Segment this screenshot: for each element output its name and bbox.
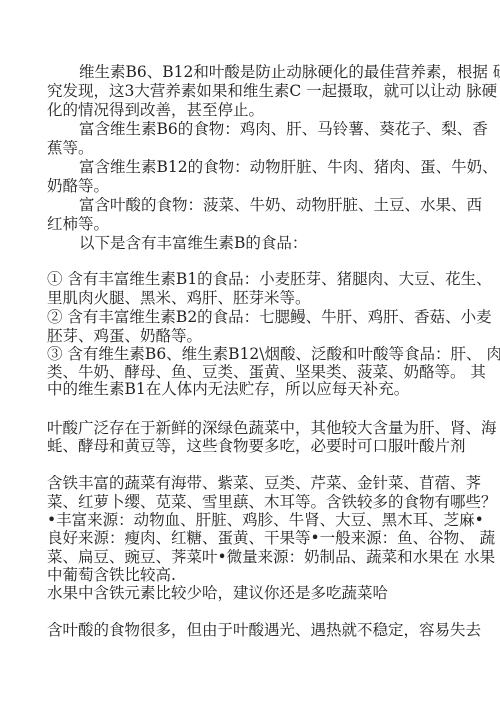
text-line: 良好来源：瘦肉、红糖、蛋黄、干果等•一般来源：鱼、谷物、 蔬 [47,529,461,548]
text-line: 含叶酸的食物很多，但由于叶酸遇光、遇热就不稳定，容易失去 [47,621,461,640]
text-line: 菜、红萝卜缨、苋菜、雪里蕻、木耳等。含铁较多的食物有哪些？ [47,493,461,512]
text-line: 中的维生素B1在人体内无法贮存，所以应每天补充。 [47,380,409,399]
text-line: 奶酪等。 [47,177,109,196]
text-line: 红柿等。 [47,215,109,234]
text-line: ③ 含有维生素B6、维生素B12\烟酸、泛酸和叶酸等食品：肝、 肉 [47,345,461,364]
text-line: 蚝、酵母和黄豆等，这些食物要多吃，必要时可口服叶酸片剂 [47,437,466,456]
text-line: ① 含有丰富维生素B1的食品：小麦胚芽、猪腿肉、大豆、花生、 [47,270,461,289]
text-line: 富含维生素B12的食物：动物肝脏、牛肉、猪肉、蛋、牛奶、 [79,158,461,177]
text-line: 富含叶酸的食物：菠菜、牛奶、动物肝脏、土豆、水果、西 [79,196,461,215]
text-line: •丰富来源：动物血、肝脏、鸡胗、牛肾、大豆、黑木耳、芝麻• [47,511,461,530]
text-line: 含铁丰富的蔬菜有海带、紫菜、豆类、芹菜、金针菜、苜蓿、荠 [47,474,461,493]
text-line: 究发现，这3大营养素如果和维生素C 一起摄取，就可以让动 脉硬 [47,82,461,101]
text-line: 叶酸广泛存在于新鲜的深绿色蔬菜中，其他较大含量为肝、肾、海 [47,419,461,438]
text-line: 里肌肉火腿、黑米、鸡肝、胚芽米等。 [47,289,311,308]
text-line: 富含维生素B6的食物：鸡肉、肝、马铃薯、葵花子、梨、香 [79,120,461,139]
text-line: 蕉等。 [47,139,94,158]
text-line: 以下是含有丰富维生素B的食品： [79,234,307,253]
document-page: 维生素B6、B12和叶酸是防止动脉硬化的最佳营养素，根据 研究发现，这3大营养素… [0,0,500,707]
text-line: ② 含有丰富维生素B2的食品：七腮鳗、牛肝、鸡肝、香菇、小麦 [47,308,461,327]
text-line: 胚芽、鸡蛋、奶酪等。 [47,327,202,346]
text-line: 化的情况得到改善，甚至停止。 [47,101,264,120]
text-line: 中葡萄含铁比较高. [47,566,176,585]
text-line: 维生素B6、B12和叶酸是防止动脉硬化的最佳营养素，根据 研 [79,63,461,82]
text-line: 菜、扁豆、豌豆、荠菜叶•微量来源：奶制品、蔬菜和水果在 水果 [47,548,461,567]
text-line: 水果中含铁元素比较少哈，建议你还是多吃蔬菜哈 [47,584,388,603]
